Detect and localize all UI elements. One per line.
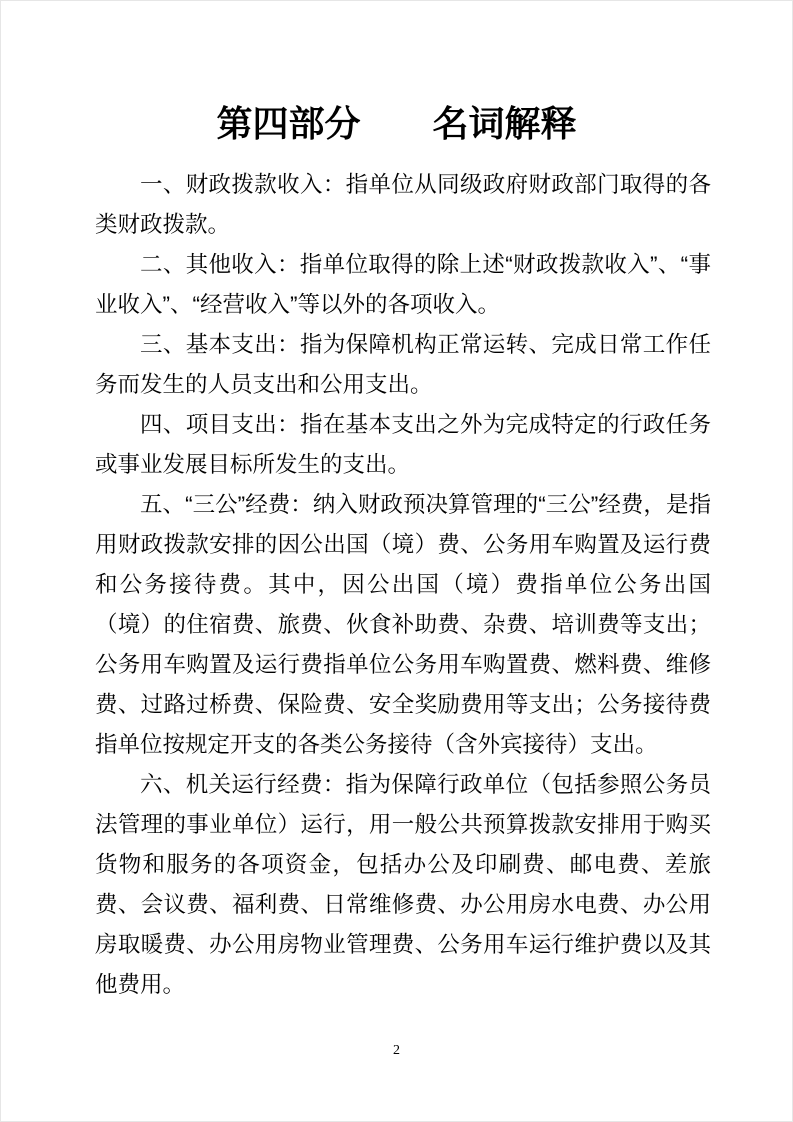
term-definition-paragraph: 五、“三公”经费：纳入财政预决算管理的“三公”经费，是指用财政拨款安排的因公出国…	[95, 485, 711, 765]
document-page: 第四部分 名词解释 一、财政拨款收入：指单位从同级政府财政部门取得的各类财政拨款…	[0, 0, 793, 1122]
page-number: 2	[1, 1043, 792, 1059]
page-title: 第四部分 名词解释	[1, 1, 792, 147]
term-definition-paragraph: 一、财政拨款收入：指单位从同级政府财政部门取得的各类财政拨款。	[95, 165, 711, 245]
term-definition-paragraph: 三、基本支出：指为保障机构正常运转、完成日常工作任务而发生的人员支出和公用支出。	[95, 325, 711, 405]
term-definition-paragraph: 二、其他收入：指单位取得的除上述“财政拨款收入”、“事业收入”、“经营收入”等以…	[95, 245, 711, 325]
term-definition-paragraph: 六、机关运行经费：指为保障行政单位（包括参照公务员法管理的事业单位）运行，用一般…	[95, 765, 711, 1005]
document-body: 一、财政拨款收入：指单位从同级政府财政部门取得的各类财政拨款。 二、其他收入：指…	[1, 165, 792, 1005]
term-definition-paragraph: 四、项目支出：指在基本支出之外为完成特定的行政任务或事业发展目标所发生的支出。	[95, 405, 711, 485]
